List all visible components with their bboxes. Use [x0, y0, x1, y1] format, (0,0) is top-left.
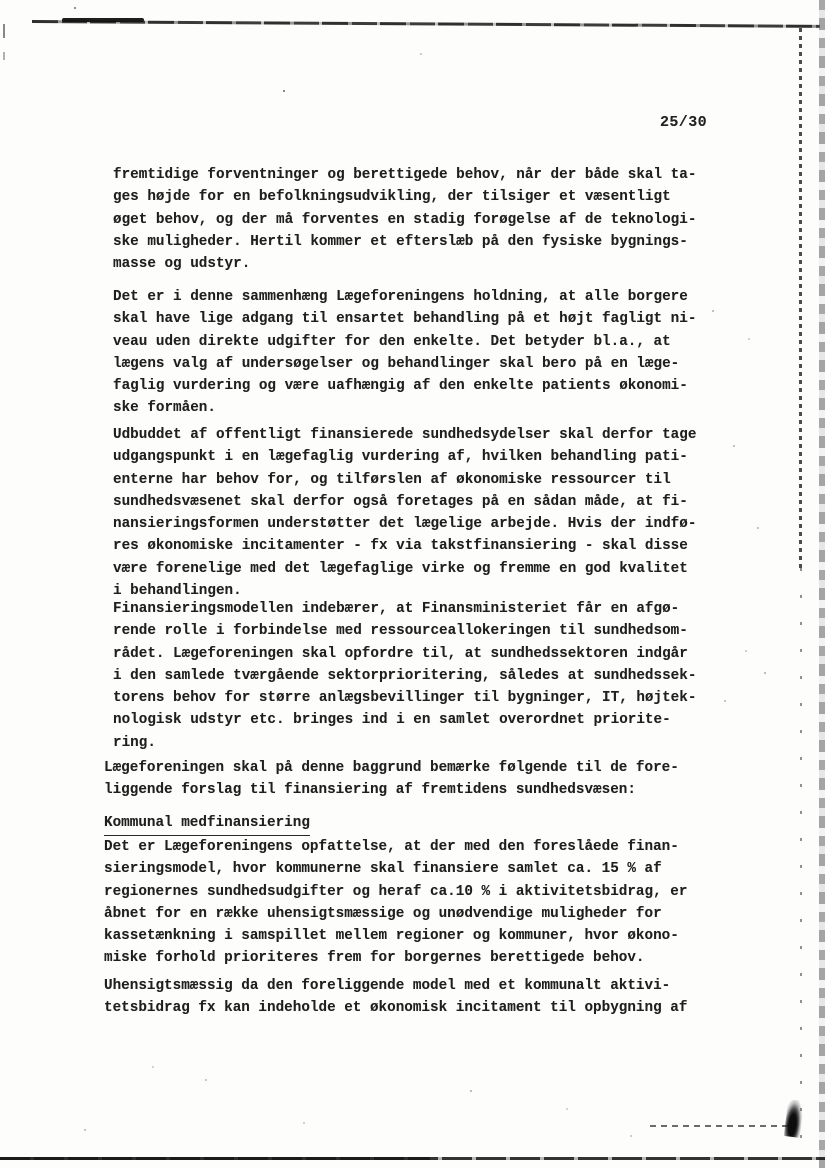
scanned-document-page: 25/30 fremtidige forventninger og berett… — [0, 0, 825, 1168]
section-heading: Kommunal medfinansiering — [104, 812, 310, 836]
section-heading-text: Kommunal medfinansiering — [104, 812, 310, 836]
paragraph-future-expectations: fremtidige forventninger og berettigede … — [113, 164, 696, 275]
scan-artifact-bottom-edge — [0, 1157, 825, 1160]
paragraph-publicly-financed-services: Udbuddet af offentligt finansierede sund… — [113, 424, 696, 602]
paragraph-remarks-intro: Lægeforeningen skal på denne baggrund be… — [104, 757, 679, 802]
scan-artifact-top-edge — [32, 20, 820, 28]
scan-artifact-top-edge-thick — [62, 18, 144, 22]
scan-artifact-specks — [0, 0, 2, 2]
scan-artifact-bottom-edge-solid — [0, 1157, 430, 1160]
scan-artifact-right-dotted-line — [799, 28, 802, 568]
scan-artifact-right-paper-edge — [819, 0, 825, 1168]
paragraph-municipal-cofinancing: Det er Lægeforeningens opfattelse, at de… — [104, 836, 687, 970]
scan-artifact-ink-smudge — [784, 1099, 804, 1138]
scan-artifact-left-mark — [3, 52, 5, 60]
scan-artifact-left-mark — [3, 24, 5, 38]
paragraph-equal-access: Det er i denne sammenhæng Lægeforeningen… — [113, 286, 696, 420]
paragraph-financing-model: Finansieringsmodellen indebærer, at Fina… — [113, 598, 696, 754]
page-number: 25/30 — [660, 112, 707, 134]
paragraph-inappropriate-model: Uhensigtsmæssig da den foreliggende mode… — [104, 975, 687, 1020]
scan-artifact-smudge-tail — [650, 1125, 792, 1127]
scan-artifact-right-dots-sparse — [800, 568, 802, 1160]
